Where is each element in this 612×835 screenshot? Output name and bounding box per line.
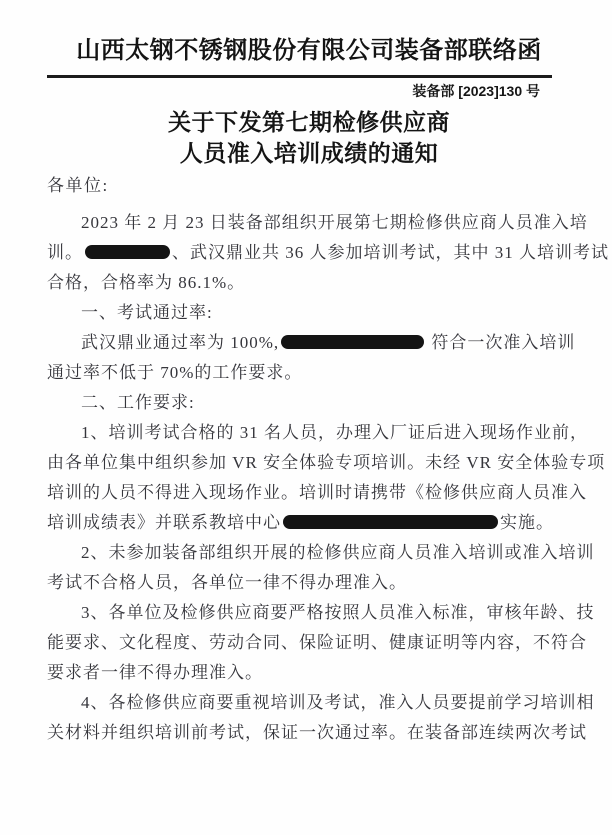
salutation: 各单位: — [47, 176, 571, 196]
body-line: 培训成绩表》并联系教培中心实施。 — [47, 508, 571, 538]
doc-number: 装备部 [2023]130 号 — [47, 84, 571, 99]
body-line: 通过率不低于 70%的工作要求。 — [47, 358, 571, 388]
body-text: 1、培训考试合格的 31 名人员，办理入厂证后进入现场作业前， — [81, 423, 588, 442]
body-text: 、武汉鼎业共 36 人参加培训考试，其中 31 人培训考试 — [172, 243, 609, 262]
body-text: 关材料并组织培训前考试，保证一次通过率。在装备部连续两次考试 — [47, 723, 587, 742]
body-text: 通过率不低于 70%的工作要求。 — [47, 363, 302, 382]
body-text: 实施。 — [500, 513, 554, 532]
letterhead-title: 山西太钢不锈钢股份有限公司装备部联络函 — [47, 33, 571, 69]
body-line: 由各单位集中组织参加 VR 安全体验专项培训。未经 VR 安全体验专项 — [47, 448, 571, 478]
body-text: 合格，合格率为 86.1%。 — [47, 273, 245, 292]
body-text: 武汉鼎业通过率为 100%, — [81, 333, 279, 352]
body-text: 符合一次准入培训 — [426, 333, 575, 352]
body-line: 要求者一律不得办理准入。 — [47, 658, 571, 688]
redaction-bar — [283, 515, 498, 529]
body-line: 武汉鼎业通过率为 100%, 符合一次准入培训 — [47, 328, 571, 358]
notice-title-line2: 人员准入培训成绩的通知 — [47, 138, 571, 169]
body-line: 3、各单位及检修供应商要严格按照人员准入标准，审核年龄、技 — [47, 598, 571, 628]
body-line: 关材料并组织培训前考试，保证一次通过率。在装备部连续两次考试 — [47, 718, 571, 748]
body-line: 2、未参加装备部组织开展的检修供应商人员准入培训或准入培训 — [47, 538, 571, 568]
body-text: 2023 年 2 月 23 日装备部组织开展第七期检修供应商人员准入培 — [81, 213, 588, 232]
body-text: 培训成绩表》并联系教培中心 — [47, 513, 281, 532]
body-text: 考试不合格人员，各单位一律不得办理准入。 — [47, 573, 407, 592]
document-page: 山西太钢不锈钢股份有限公司装备部联络函 装备部 [2023]130 号 关于下发… — [0, 0, 612, 835]
redaction-bar — [85, 245, 170, 259]
body-line: 一、考试通过率: — [47, 298, 571, 328]
body-line: 能要求、文化程度、劳动合同、保险证明、健康证明等内容，不符合 — [47, 628, 571, 658]
redaction-bar — [281, 335, 424, 349]
body-text: 要求者一律不得办理准入。 — [47, 663, 263, 682]
body-text: 二、工作要求: — [81, 393, 195, 412]
body-line: 训。、武汉鼎业共 36 人参加培训考试，其中 31 人培训考试 — [47, 238, 571, 268]
body-text: 培训的人员不得进入现场作业。培训时请携带《检修供应商人员准入 — [47, 483, 587, 502]
body-text: 一、考试通过率: — [81, 303, 213, 322]
body-line: 4、各检修供应商要重视培训及考试，准入人员要提前学习培训相 — [47, 688, 571, 718]
body-line: 合格，合格率为 86.1%。 — [47, 268, 571, 298]
body-line: 1、培训考试合格的 31 名人员，办理入厂证后进入现场作业前， — [47, 418, 571, 448]
notice-title-line1: 关于下发第七期检修供应商 — [47, 107, 571, 138]
document-body: 2023 年 2 月 23 日装备部组织开展第七期检修供应商人员准入培训。、武汉… — [47, 208, 571, 748]
letterhead-rule — [47, 75, 552, 78]
body-line: 2023 年 2 月 23 日装备部组织开展第七期检修供应商人员准入培 — [47, 208, 571, 238]
body-line: 考试不合格人员，各单位一律不得办理准入。 — [47, 568, 571, 598]
body-text: 3、各单位及检修供应商要严格按照人员准入标准，审核年龄、技 — [81, 603, 595, 622]
body-text: 2、未参加装备部组织开展的检修供应商人员准入培训或准入培训 — [81, 543, 595, 562]
body-text: 4、各检修供应商要重视培训及考试，准入人员要提前学习培训相 — [81, 693, 595, 712]
body-line: 培训的人员不得进入现场作业。培训时请携带《检修供应商人员准入 — [47, 478, 571, 508]
body-line: 二、工作要求: — [47, 388, 571, 418]
body-text: 训。 — [47, 243, 83, 262]
body-text: 由各单位集中组织参加 VR 安全体验专项培训。未经 VR 安全体验专项 — [47, 453, 605, 472]
notice-title: 关于下发第七期检修供应商 人员准入培训成绩的通知 — [47, 107, 571, 169]
body-text: 能要求、文化程度、劳动合同、保险证明、健康证明等内容，不符合 — [47, 633, 587, 652]
